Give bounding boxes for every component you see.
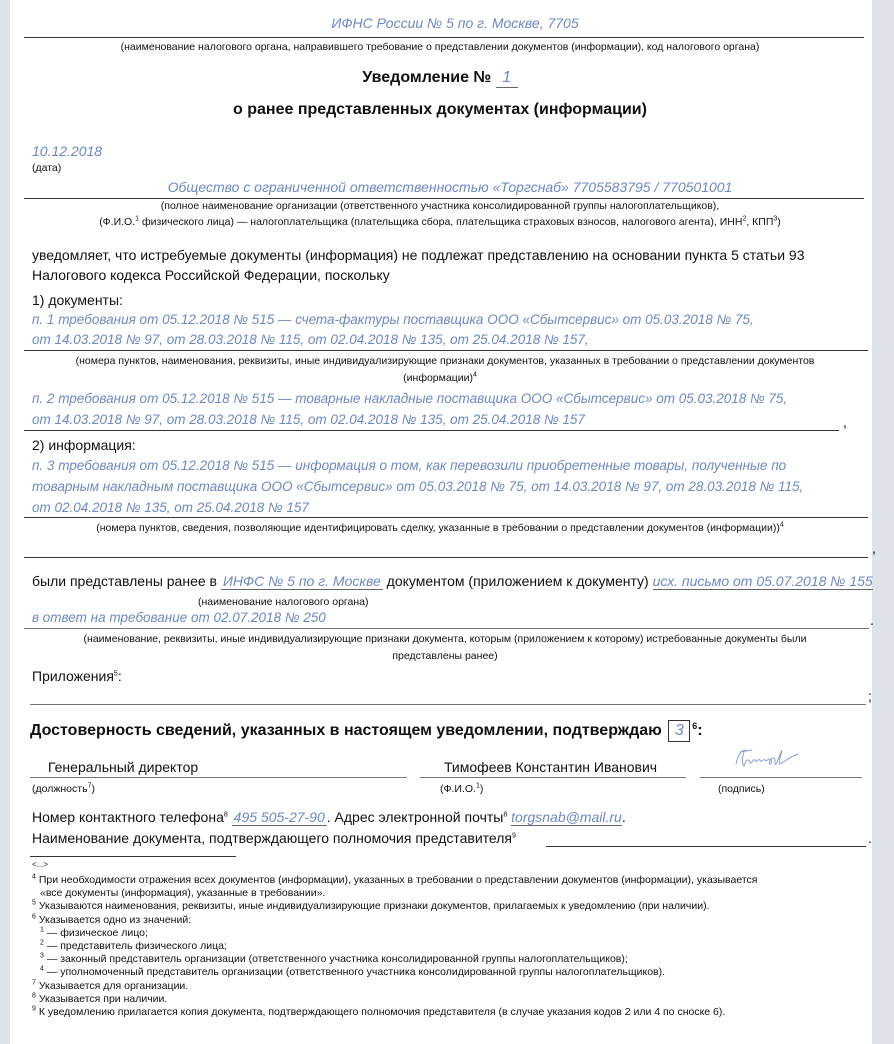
attachments-end: ; [868, 688, 872, 704]
documents-caption-2: (информации)4 [10, 372, 870, 384]
previously-middle: документом (приложением к документу) [387, 573, 649, 589]
information-caption: (номера пунктов, сведения, позволяющие и… [10, 522, 870, 534]
footnote-item: 1 — физическое лицо; [32, 927, 757, 940]
footnotes-separator [30, 856, 236, 857]
taxpayer-value: Общество с ограниченной ответственностью… [10, 179, 890, 195]
date-caption: (дата) [32, 162, 61, 174]
footnote-item: 2 — представитель физического лица; [32, 940, 757, 953]
previously-authority-value: ИНФС № 5 по г. Москве [221, 573, 383, 590]
footnote-item: 8 Указывается при наличии. [32, 993, 757, 1006]
email-value: torgsnab@mail.ru [511, 809, 622, 826]
signature-caption: (подпись) [718, 783, 765, 795]
information-line [24, 517, 868, 518]
documents-entry1-line1: п. 1 требования от 05.12.2018 № 515 — сч… [32, 312, 754, 327]
rep-doc-line[interactable] [546, 846, 866, 847]
footnote-item: 3 — законный представитель организации (… [32, 953, 757, 966]
confirmation-text: Достоверность сведений, указанных в наст… [30, 722, 662, 739]
footnote-item: 5 Указываются наименования, реквизиты, и… [32, 900, 757, 913]
tax-authority-caption: (наименование налогового органа, направи… [10, 41, 870, 53]
signature-icon [730, 744, 810, 774]
confirmation-line: Достоверность сведений, указанных в наст… [30, 720, 703, 742]
documents-label: 1) документы: [32, 292, 123, 308]
information-blank-line[interactable] [24, 557, 868, 558]
phone-value: 495 505-27-90 [232, 809, 327, 826]
previously-document-value-2: в ответ на требование от 02.07.2018 № 25… [32, 610, 326, 625]
information-line-1: п. 3 требования от 05.12.2018 № 515 — ин… [32, 458, 786, 473]
previously-caption-2: представлены ранее) [10, 650, 880, 662]
footnote-continuation: «все документы (информация), указанные в… [32, 887, 757, 900]
previously-authority-caption: (наименование налогового органа) [198, 596, 369, 608]
documents-entry2-line2: от 14.03.2018 № 97, от 28.03.2018 № 115,… [32, 412, 585, 427]
previously-document-value: исх. письмо от 05.07.2018 № 155 [653, 573, 873, 590]
footnote-item: 7 Указывается для организации. [32, 980, 757, 993]
name-caption: (Ф.И.О.1) [440, 783, 483, 795]
information-label: 2) информация: [32, 437, 136, 453]
information-line-2: товарным накладным поставщика ООО «Сбытс… [32, 479, 803, 494]
notification-number: 1 [496, 69, 518, 88]
position-value: Генеральный директор [48, 759, 198, 775]
signatory-code-box: 3 [668, 720, 690, 742]
taxpayer-caption-2: (Ф.И.О.1 физического лица) — налогоплате… [10, 216, 870, 228]
documents-caption-1: (номера пунктов, наименования, реквизиты… [10, 355, 880, 367]
date-value: 10.12.2018 [32, 143, 102, 159]
taxpayer-line [24, 198, 864, 199]
previously-end: . [870, 612, 874, 628]
footnote-item: 6 Указывается одно из значений: [32, 914, 757, 927]
information-blank-comma: , [872, 540, 876, 556]
tax-authority-value: ИФНС России № 5 по г. Москве, 7705 [10, 15, 894, 31]
previously-document-line [24, 628, 869, 629]
notification-subtitle: о ранее представленных документах (инфор… [10, 101, 870, 119]
position-caption: (должность7) [32, 783, 95, 795]
footnote-item: 9 К уведомлению прилагается копия докуме… [32, 1006, 757, 1019]
document-page: ИФНС России № 5 по г. Москве, 7705 (наим… [10, 0, 872, 1044]
previously-line: были представлены ранее в ИНФС № 5 по г.… [32, 573, 873, 589]
taxpayer-caption-1: (полное наименование организации (ответс… [10, 200, 870, 212]
documents-end-comma: , [843, 414, 847, 430]
rep-doc-end: . [868, 830, 872, 846]
previously-prefix: были представлены ранее в [32, 573, 217, 589]
documents-line-2 [24, 430, 839, 431]
documents-line-1 [24, 350, 868, 351]
attachments-label: Приложения5: [32, 668, 122, 684]
contacts-line: Номер контактного телефона8 495 505-27-9… [32, 809, 626, 825]
footnotes-ellipsis: <...> [32, 860, 48, 869]
statement-line-2: Налогового кодекса Российской Федерации,… [32, 267, 390, 283]
documents-entry1-line2: от 14.03.2018 № 97, от 28.03.2018 № 115,… [32, 332, 589, 347]
footnote-item: 4 — уполномоченный представитель организ… [32, 966, 757, 979]
footnote-item: 4 При необходимости отражения всех докум… [32, 874, 757, 887]
name-value: Тимофеев Константин Иванович [444, 759, 657, 775]
notification-title: Уведомление № 1 [10, 69, 870, 88]
previously-caption-1: (наименование, реквизиты, иные индивидуа… [10, 633, 880, 645]
name-line [420, 777, 686, 778]
position-line [30, 777, 407, 778]
rep-doc-label: Наименование документа, подтверждающего … [32, 830, 516, 846]
tax-authority-line [24, 37, 864, 38]
information-line-3: от 02.04.2018 № 135, от 25.04.2018 № 157 [32, 500, 309, 515]
footnotes-list: 4 При необходимости отражения всех докум… [32, 874, 757, 1019]
title-prefix: Уведомление № [362, 69, 491, 86]
signature-line [700, 777, 862, 778]
statement-line-1: уведомляет, что истребуемые документы (и… [32, 247, 805, 263]
attachments-line[interactable] [30, 704, 866, 705]
documents-entry2-line1: п. 2 требования от 05.12.2018 № 515 — то… [32, 391, 787, 406]
